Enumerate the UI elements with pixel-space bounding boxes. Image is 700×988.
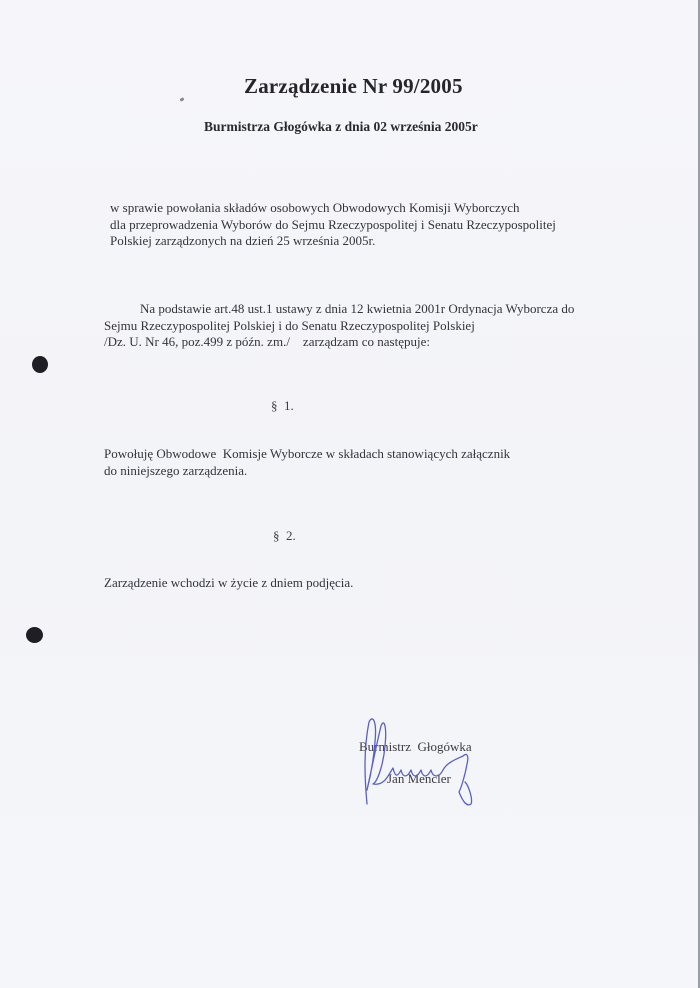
subject-line: Polskiej zarządzonych na dzień 25 wrześn… — [110, 233, 556, 250]
punch-hole — [32, 356, 48, 373]
document-title: Zarządzenie Nr 99/2005 — [244, 74, 463, 99]
section-2-heading: § 2. — [273, 528, 296, 544]
subject-line: w sprawie powołania składów osobowych Ob… — [110, 200, 556, 217]
scanned-page: Zarządzenie Nr 99/2005 Burmistrza Głogów… — [0, 0, 700, 988]
handwritten-signature — [355, 712, 485, 810]
legal-basis-line: Sejmu Rzeczypospolitej Polskiej i do Sen… — [104, 318, 574, 335]
section-1-heading: § 1. — [271, 398, 294, 414]
document-subtitle: Burmistrza Głogówka z dnia 02 września 2… — [204, 119, 478, 135]
section-1-line: Powołuję Obwodowe Komisje Wyborcze w skł… — [104, 446, 510, 463]
section-1-line: do niniejszego zarządzenia. — [104, 463, 510, 480]
legal-basis-line: /Dz. U. Nr 46, poz.499 z późn. zm./ zarz… — [104, 334, 574, 351]
punch-hole — [26, 627, 43, 643]
section-2-line: Zarządzenie wchodzi w życie z dniem podj… — [104, 575, 353, 592]
subject-paragraph: w sprawie powołania składów osobowych Ob… — [110, 200, 556, 250]
scan-speck — [180, 97, 185, 102]
legal-basis-line: Na podstawie art.48 ust.1 ustawy z dnia … — [104, 301, 574, 318]
legal-basis-paragraph: Na podstawie art.48 ust.1 ustawy z dnia … — [104, 301, 574, 351]
section-2-text: Zarządzenie wchodzi w życie z dniem podj… — [104, 575, 353, 592]
subject-line: dla przeprowadzenia Wyborów do Sejmu Rze… — [110, 217, 556, 234]
signatory-name: Jan Mencler — [387, 771, 451, 787]
signatory-title: Burmistrz Głogówka — [359, 739, 472, 755]
section-1-text: Powołuję Obwodowe Komisje Wyborcze w skł… — [104, 446, 510, 479]
